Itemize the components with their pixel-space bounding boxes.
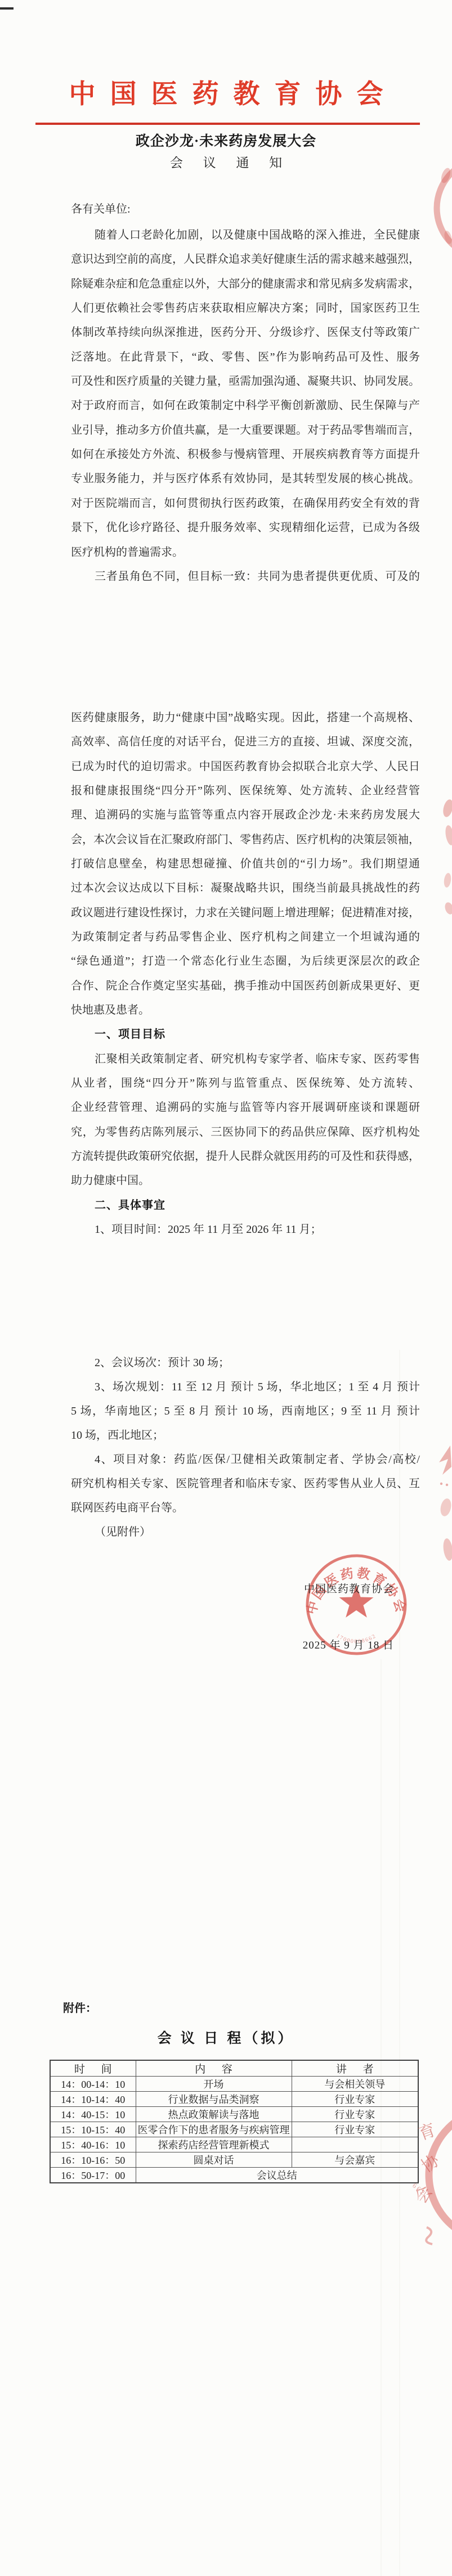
agenda-cell: 热点政策解读与落地 [136, 2107, 292, 2122]
body-line: 随着人口老龄化加剧，以及健康中国战略的深入推进，全民健康 [95, 228, 420, 242]
body-line: 2、会议场次：预计 30 场； [95, 1355, 420, 1370]
stamp-glyph: 育 [416, 2120, 438, 2143]
stamp-fragment-lower-right [435, 1440, 452, 1569]
agenda-cell: 行业专家 [292, 2107, 418, 2122]
body-line: 汇聚相关政策制定者、研究机构专家学者、临床专家、医药零售 [95, 1052, 420, 1066]
agenda-table: 时 间内 容讲 者 14：00-14：10开场与会相关领导14：10-14：40… [50, 2060, 419, 2183]
stamp-fragment-mid-right [439, 796, 452, 917]
agenda-header-cell: 讲 者 [292, 2060, 418, 2077]
body-line: 高效率、高信任度的对话平台，促进三方的直接、坦诚、深度交流， [71, 735, 420, 749]
agenda-cell: 行业专家 [292, 2122, 418, 2137]
agenda-cell: 14：40-15：10 [50, 2107, 136, 2122]
agenda-header-cell: 内 容 [136, 2060, 292, 2077]
body-line: 可及性和医疗质量的关键力量，亟需加强沟通、凝聚共识、协同发展。 [71, 374, 420, 389]
body-line: 会，本次会议旨在汇聚政府部门、零售药店、医疗机构的决策层领袖， [71, 832, 420, 847]
body-line: 意识达到空前的高度，人民群众追求美好健康生活的需求越来越强烈， [71, 252, 420, 267]
body-line: 快地惠及患者。 [71, 1003, 420, 1017]
body-line: 5 场，华南地区；5 至 8 月 预计 10 场，西南地区；9 至 11 月 预… [71, 1404, 420, 1418]
letterhead-org-title: 中国医药教育协会 [0, 73, 452, 111]
body-line: （见附件） [95, 1525, 420, 1539]
stamp-glyph: 会 [411, 2183, 436, 2208]
agenda-cell: 圆桌对话 [136, 2152, 292, 2168]
body-line: 医疗机构的普遍需求。 [71, 545, 420, 560]
agenda-header-row: 时 间内 容讲 者 [50, 2060, 418, 2077]
body-line: 医药健康服务，助力“健康中国”战略实现。因此，搭建一个高规格、 [71, 710, 420, 725]
agenda-row: 14：40-15：10热点政策解读与落地行业专家 [50, 2107, 418, 2122]
stamp-glyph: 协 [418, 2151, 443, 2176]
document-type-heading: 会 议 通 知 [0, 152, 452, 171]
agenda-cell: 14：10-14：40 [50, 2092, 136, 2107]
agenda-row: 15：10-15：40医零合作下的患者服务与疾病管理行业专家 [50, 2122, 418, 2137]
agenda-cell: 医零合作下的患者服务与疾病管理 [136, 2122, 292, 2137]
agenda-title: 会 议 日 程（拟） [0, 2027, 452, 2047]
agenda-row: 14：10-14：40行业数据与品类洞察行业专家 [50, 2092, 418, 2107]
body-line: 方流转提供政策研究依据，提升人民群众就医用药的可及性和获得感， [71, 1149, 420, 1164]
body-line: 各有关单位: [71, 202, 420, 217]
body-line: 4、项目对象：药监/医保/卫健相关政策制定者、学协会/高校/ [95, 1452, 420, 1467]
agenda-cell: 与会相关领导 [292, 2077, 418, 2092]
body-line: 10 场，西北地区； [71, 1428, 420, 1443]
body-line: 3、场次规划：11 至 12 月 预计 5 场，华北地区；1 至 4 月 预计 [95, 1380, 420, 1394]
body-line: “绿色通道”；打造一个常态化行业生态圈，为后续更深层次的政企 [71, 954, 420, 969]
stamp-serial-fragment: 662 [411, 2182, 428, 2197]
body-line: 体制改革持续向纵深推进，医药分开、分级诊疗、医保支付等政策广 [71, 325, 420, 340]
letterhead-rule [35, 123, 420, 125]
body-line: 除疑难杂症和危急重症以外，大部分的健康需求和常见病多发病需求， [71, 277, 420, 291]
agenda-cell: 行业专家 [292, 2092, 418, 2107]
agenda-row: 16：10-16：50圆桌对话与会嘉宾 [50, 2152, 418, 2168]
agenda-cell: 15：40-16：10 [50, 2137, 136, 2152]
body-line: 报和健康报围绕“四分开”陈列、医保统筹、处方流转、企业经营管 [71, 783, 420, 798]
agenda-cell: 与会嘉宾 [292, 2152, 418, 2168]
body-line: 三者虽角色不同，但目标一致：共同为患者提供更优质、可及的 [95, 569, 420, 584]
body-line: 泛落地。在此背景下，“政、零售、医”作为影响药品可及性、服务 [71, 350, 420, 364]
body-line: 对于政府而言，如何在政策制定中科学平衡创新激励、民生保障与产 [71, 398, 420, 413]
agenda-row: 14：00-14：10开场与会相关领导 [50, 2077, 418, 2092]
body-line: 业引导，推动多方价值共赢，是一大重要课题。对于药品零售端而言， [71, 423, 420, 438]
body-line: 如何在承接处方外流、积极参与慢病管理、开展疾病教育等方面提升 [71, 447, 420, 462]
body-line: 从业者，围绕“四分开”陈列与监管重点、医保统筹、处方流转、 [71, 1076, 420, 1091]
agenda-header-cell: 时 间 [50, 2060, 136, 2077]
body-line: 政议题进行建设性探讨，力求在关键问题上增进理解；促进精准对接， [71, 906, 420, 920]
agenda-table-body: 14：00-14：10开场与会相关领导14：10-14：40行业数据与品类洞察行… [50, 2077, 418, 2183]
body-line: 理、追溯码的实施与监管等重点内容开展政企沙龙·未来药房发展大 [71, 808, 420, 822]
body-line: 人们更依赖社会零售药店来获取相应解决方案；同时，国家医药卫生 [71, 301, 420, 316]
signature-org: 中国医药教育协会 [214, 1580, 394, 1596]
body-line: 联网医药电商平台等。 [71, 1501, 420, 1515]
agenda-cell: 会议总结 [136, 2168, 418, 2183]
scan-artifact-dash [0, 7, 14, 10]
agenda-cell: 探索药店经营管理新模式 [136, 2137, 292, 2152]
body-line: 一、项目目标 [95, 1027, 420, 1042]
agenda-cell: 14：00-14：10 [50, 2077, 136, 2092]
agenda-cell: 16：50-17：00 [50, 2168, 136, 2183]
body-line: 为政策制定者与药品零售企业、医疗机构之间建立一个坦诚沟通的 [71, 930, 420, 944]
body-line: 合作、院企合作奠定坚实基础，携手推动中国医药创新成果更好、更 [71, 979, 420, 993]
body-line: 二、具体事宜 [95, 1198, 420, 1213]
agenda-cell [292, 2137, 418, 2152]
body-line: 企业经营管理、追溯码的实施与监管等内容开展调研座谈和课题研 [71, 1100, 420, 1115]
scanned-notice-document: 中国医药教育协会 政企沙龙·未来药房发展大会 会 议 通 知 各有关单位:随着人… [0, 0, 452, 2576]
body-line: 打破信息壁垒，构建思想碰撞、价值共创的“引力场”。我们期望通 [71, 857, 420, 871]
agenda-cell: 15：10-15：40 [50, 2122, 136, 2137]
body-line: 助力健康中国。 [71, 1173, 420, 1188]
agenda-cell: 开场 [136, 2077, 292, 2092]
agenda-cell: 行业数据与品类洞察 [136, 2092, 292, 2107]
attachment-label: 附件： [63, 1999, 97, 2015]
agenda-cell: 16：10-16：50 [50, 2152, 136, 2168]
agenda-row: 15：40-16：10探索药店经营管理新模式 [50, 2137, 418, 2152]
agenda-row: 16：50-17：00会议总结 [50, 2168, 418, 2183]
body-line: 对于医院端而言，如何贯彻执行医药政策，在确保用药安全有效的背 [71, 496, 420, 511]
body-line: 景下，优化诊疗路径、提升服务效率、实现精细化运营，已成为各级 [71, 520, 420, 535]
body-line: 已成为时代的迫切需求。中国医药教育协会拟联合北京大学、人民日 [71, 759, 420, 774]
signature-date: 2025 年 9 月 18 日 [214, 1637, 394, 1652]
body-line: 专业服务能力，并与医疗体系有效协同，是其转型发展的核心挑战。 [71, 471, 420, 486]
body-line: 1、项目时间：2025 年 11 月至 2026 年 11 月； [95, 1222, 420, 1237]
body-line: 过本次会议达成以下目标：凝聚战略共识，围绕当前最具挑战性的药 [71, 881, 420, 895]
body-line: 研究机构相关专家、医院管理者和临床专家、医药零售从业人员、互 [71, 1476, 420, 1491]
event-subtitle: 政企沙龙·未来药房发展大会 [0, 130, 452, 150]
body-line: 究，为零售药店陈列展示、三医协同下的药品供应保障、医疗机构处 [71, 1125, 420, 1140]
